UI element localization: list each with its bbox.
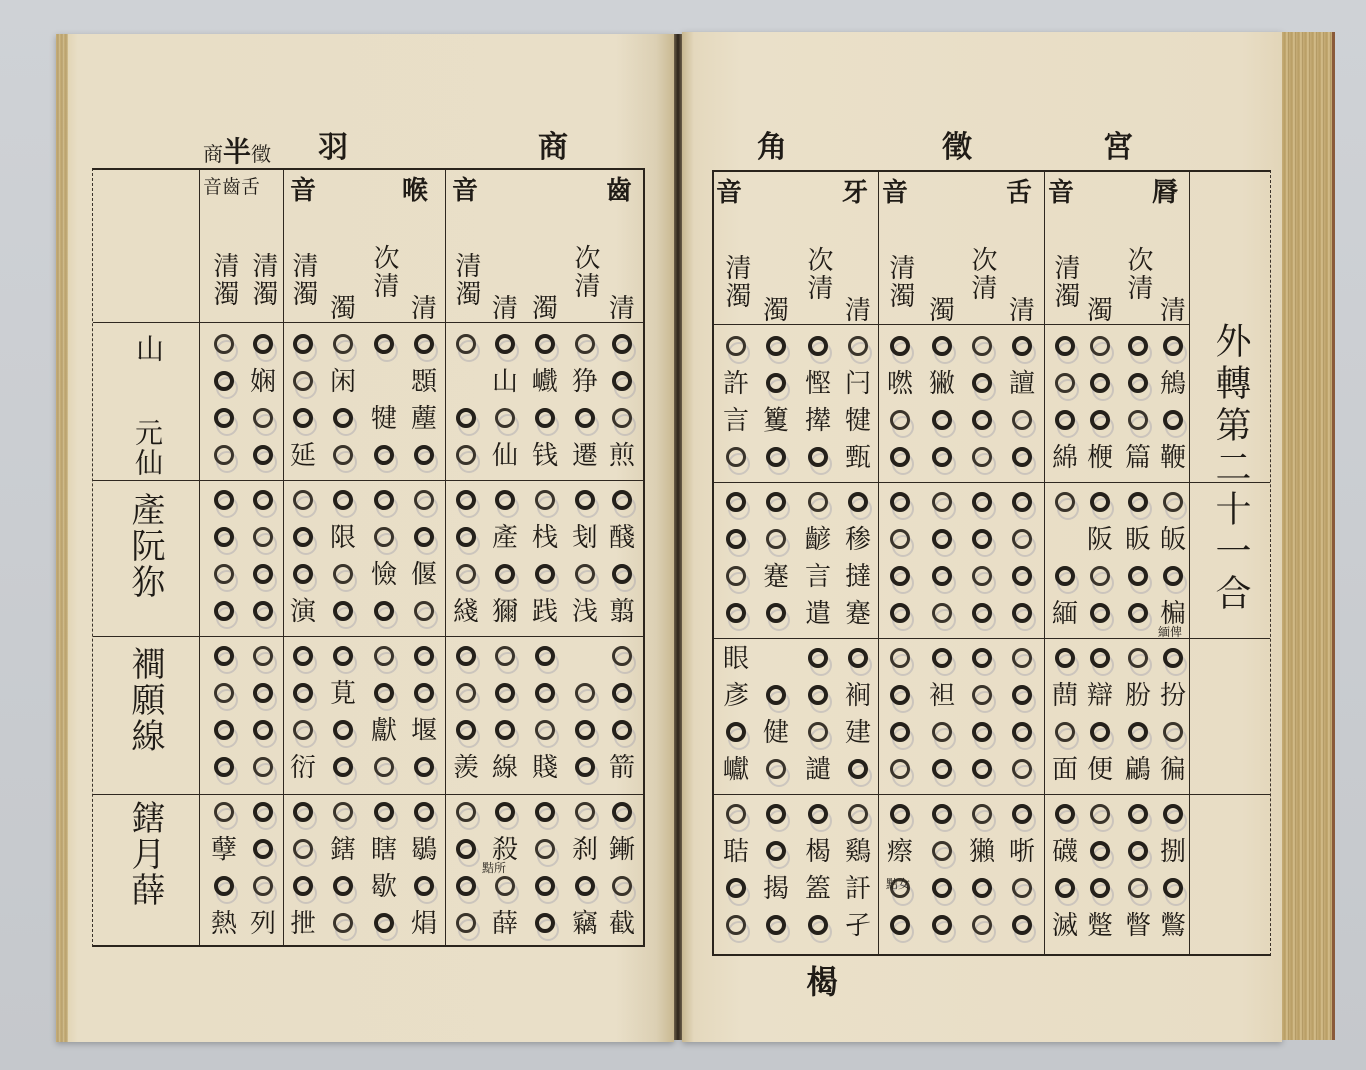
empty-slot-circle bbox=[890, 759, 910, 779]
empty-slot-circle bbox=[1090, 373, 1110, 393]
empty-slot-circle bbox=[414, 527, 434, 547]
rhyme-label-qu: 襇願線 bbox=[128, 646, 162, 754]
rhyme-character: 浅 bbox=[572, 599, 598, 625]
empty-slot-circle bbox=[495, 683, 515, 703]
empty-slot-circle bbox=[1090, 603, 1110, 623]
empty-slot-circle bbox=[972, 878, 992, 898]
rhyme-character: 遷 bbox=[572, 443, 598, 469]
empty-slot-circle bbox=[456, 876, 476, 896]
rhyme-character: 健 bbox=[763, 720, 789, 746]
book-gutter bbox=[674, 34, 682, 1040]
rhyme-character: 孑 bbox=[845, 913, 871, 939]
rhyme-character: 楄 bbox=[1160, 601, 1186, 627]
rhyme-character: 礣 bbox=[1052, 839, 1078, 865]
empty-slot-circle bbox=[575, 876, 595, 896]
empty-slot-circle bbox=[1055, 373, 1075, 393]
initial-label: 清濁 bbox=[290, 252, 316, 308]
rhyme-character: 肦 bbox=[1125, 683, 1151, 709]
empty-slot-circle bbox=[1090, 410, 1110, 430]
empty-slot-circle bbox=[333, 876, 353, 896]
empty-slot-circle bbox=[932, 722, 952, 742]
section-chi: 齒 bbox=[606, 178, 632, 204]
empty-slot-circle bbox=[612, 334, 632, 354]
empty-slot-circle bbox=[766, 336, 786, 356]
rhyme-character: 闩 bbox=[845, 371, 871, 397]
table-title: 外轉第二十一合 bbox=[1212, 322, 1248, 616]
empty-slot-circle bbox=[333, 564, 353, 584]
empty-slot-circle bbox=[456, 720, 476, 740]
empty-slot-circle bbox=[1012, 529, 1032, 549]
rhyme-character: 獺 bbox=[969, 839, 995, 865]
empty-slot-circle bbox=[253, 802, 273, 822]
empty-slot-circle bbox=[1128, 566, 1148, 586]
empty-slot-circle bbox=[726, 878, 746, 898]
rhyme-character: 鶣 bbox=[1125, 757, 1151, 783]
empty-slot-circle bbox=[333, 408, 353, 428]
rhyme-character: 建 bbox=[845, 720, 871, 746]
empty-slot-circle bbox=[890, 447, 910, 467]
rhyme-character: 瞎 bbox=[371, 837, 397, 863]
empty-slot-circle bbox=[848, 492, 868, 512]
rhyme-character: 巇 bbox=[532, 369, 558, 395]
rhyme-character: 鏩 bbox=[609, 837, 635, 863]
empty-slot-circle bbox=[414, 646, 434, 666]
initial-label: 次清 bbox=[805, 246, 831, 302]
empty-slot-circle bbox=[535, 839, 555, 859]
empty-slot-circle bbox=[495, 802, 515, 822]
empty-slot-circle bbox=[1012, 410, 1032, 430]
rhyme-character: 捌 bbox=[1160, 839, 1186, 865]
section-sound-yin: 音 bbox=[452, 178, 478, 204]
rhyme-character: 歇 bbox=[371, 874, 397, 900]
empty-slot-circle bbox=[932, 915, 952, 935]
empty-slot-circle bbox=[1090, 804, 1110, 824]
empty-slot-circle bbox=[253, 683, 273, 703]
empty-slot-circle bbox=[293, 802, 313, 822]
rhyme-character: 蹇 bbox=[845, 601, 871, 627]
rhyme-character: 獻 bbox=[371, 718, 397, 744]
label-gong: 宮 bbox=[1103, 133, 1133, 163]
rhyme-character: 䅟 bbox=[845, 527, 871, 553]
section-hou: 喉 bbox=[402, 178, 428, 204]
rhyme-character: 薼 bbox=[411, 406, 437, 432]
rhyme-character: 袒 bbox=[929, 683, 955, 709]
rhyme-character: 訐 bbox=[845, 876, 871, 902]
empty-slot-circle bbox=[333, 445, 353, 465]
rhyme-character: 綫 bbox=[453, 599, 479, 625]
empty-slot-circle bbox=[456, 913, 476, 933]
initial-label: 濁 bbox=[763, 298, 789, 324]
initial-label: 清濁 bbox=[887, 254, 913, 310]
empty-slot-circle bbox=[612, 564, 632, 584]
empty-slot-circle bbox=[253, 490, 273, 510]
empty-slot-circle bbox=[293, 839, 313, 859]
empty-slot-circle bbox=[414, 876, 434, 896]
empty-slot-circle bbox=[1128, 603, 1148, 623]
empty-slot-circle bbox=[848, 648, 868, 668]
empty-slot-circle bbox=[1012, 336, 1032, 356]
empty-slot-circle bbox=[766, 915, 786, 935]
empty-slot-circle bbox=[414, 757, 434, 777]
empty-slot-circle bbox=[612, 802, 632, 822]
empty-slot-circle bbox=[535, 490, 555, 510]
empty-slot-circle bbox=[253, 408, 273, 428]
empty-slot-circle bbox=[1055, 336, 1075, 356]
rhyme-character: 產 bbox=[492, 525, 518, 551]
divider bbox=[878, 172, 879, 954]
initial-label: 濁 bbox=[929, 298, 955, 324]
empty-slot-circle bbox=[253, 757, 273, 777]
empty-slot-circle bbox=[972, 529, 992, 549]
left-page-edge bbox=[56, 34, 68, 1042]
empty-slot-circle bbox=[1012, 685, 1032, 705]
rhyme-character: 狰 bbox=[572, 369, 598, 395]
rhyme-character: 譠 bbox=[1009, 371, 1035, 397]
rhyme-character: 嘫 bbox=[887, 371, 913, 397]
empty-slot-circle bbox=[766, 447, 786, 467]
empty-slot-circle bbox=[1163, 336, 1183, 356]
rhyme-character: 羨 bbox=[453, 755, 479, 781]
empty-slot-circle bbox=[890, 685, 910, 705]
rhyme-character: 甄 bbox=[845, 445, 871, 471]
empty-slot-circle bbox=[293, 646, 313, 666]
empty-slot-circle bbox=[293, 527, 313, 547]
initial-label: 濁 bbox=[1087, 298, 1113, 324]
rhyme-character: 巘 bbox=[723, 757, 749, 783]
empty-slot-circle bbox=[414, 601, 434, 621]
empty-slot-circle bbox=[808, 492, 828, 512]
empty-slot-circle bbox=[1163, 566, 1183, 586]
empty-slot-circle bbox=[1012, 722, 1032, 742]
empty-slot-circle bbox=[253, 564, 273, 584]
rhyme-character: 蹇 bbox=[763, 564, 789, 590]
empty-slot-circle bbox=[932, 759, 952, 779]
empty-slot-circle bbox=[612, 720, 632, 740]
rhyme-character: 鞭 bbox=[1160, 445, 1186, 471]
initial-label: 濁 bbox=[330, 296, 356, 322]
empty-slot-circle bbox=[1090, 336, 1110, 356]
rhyme-character: 篕 bbox=[805, 876, 831, 902]
empty-slot-circle bbox=[766, 804, 786, 824]
initial-label: 清濁 bbox=[250, 252, 276, 308]
empty-slot-circle bbox=[495, 646, 515, 666]
rhyme-character: 楩 bbox=[1087, 445, 1113, 471]
empty-slot-circle bbox=[612, 646, 632, 666]
divider bbox=[199, 170, 200, 945]
empty-slot-circle bbox=[333, 757, 353, 777]
empty-slot-circle bbox=[1128, 722, 1148, 742]
empty-slot-circle bbox=[766, 492, 786, 512]
empty-slot-circle bbox=[374, 445, 394, 465]
rhyme-character: 山 bbox=[492, 369, 518, 395]
empty-slot-circle bbox=[575, 490, 595, 510]
rhyme-character: 緬 bbox=[1052, 601, 1078, 627]
empty-slot-circle bbox=[293, 334, 313, 354]
empty-slot-circle bbox=[932, 492, 952, 512]
empty-slot-circle bbox=[253, 876, 273, 896]
empty-slot-circle bbox=[1090, 841, 1110, 861]
rhyme-character: 綿 bbox=[1052, 445, 1078, 471]
empty-slot-circle bbox=[456, 490, 476, 510]
rhyme-character: 揭 bbox=[763, 876, 789, 902]
rhyme-character: 薛 bbox=[492, 911, 518, 937]
empty-slot-circle bbox=[414, 490, 434, 510]
rhyme-character: 言 bbox=[723, 408, 749, 434]
empty-slot-circle bbox=[726, 447, 746, 467]
empty-slot-circle bbox=[333, 802, 353, 822]
rhyme-character: 許 bbox=[723, 371, 749, 397]
empty-slot-circle bbox=[414, 445, 434, 465]
empty-slot-circle bbox=[214, 646, 234, 666]
rhyme-character: 阪 bbox=[1087, 527, 1113, 553]
empty-slot-circle bbox=[333, 490, 353, 510]
empty-slot-circle bbox=[293, 876, 313, 896]
rhyme-character: 賤 bbox=[532, 755, 558, 781]
rhyme-character: 鶡 bbox=[411, 837, 437, 863]
empty-slot-circle bbox=[253, 839, 273, 859]
divider bbox=[714, 482, 1270, 483]
rhyme-character: 限 bbox=[330, 525, 356, 551]
rhyme-character: 辯 bbox=[1087, 683, 1113, 709]
rhyme-character: 践 bbox=[532, 599, 558, 625]
rhyme-character: 撻 bbox=[845, 564, 871, 590]
empty-slot-circle bbox=[1090, 878, 1110, 898]
rhyme-character: 列 bbox=[250, 911, 276, 937]
section-sound-yin: 音 bbox=[290, 178, 316, 204]
empty-slot-circle bbox=[726, 722, 746, 742]
empty-slot-circle bbox=[890, 603, 910, 623]
rhyme-character: 翦 bbox=[609, 599, 635, 625]
rhyme-character: 眼 bbox=[723, 646, 749, 672]
empty-slot-circle bbox=[890, 804, 910, 824]
section-chun: 脣 bbox=[1152, 180, 1178, 206]
rhyme-character: 栈 bbox=[532, 525, 558, 551]
empty-slot-circle bbox=[495, 876, 515, 896]
empty-slot-circle bbox=[932, 804, 952, 824]
empty-slot-circle bbox=[1055, 804, 1075, 824]
empty-slot-circle bbox=[808, 336, 828, 356]
empty-slot-circle bbox=[1012, 603, 1032, 623]
empty-slot-circle bbox=[293, 371, 313, 391]
empty-slot-circle bbox=[214, 564, 234, 584]
empty-slot-circle bbox=[535, 720, 555, 740]
empty-slot-circle bbox=[456, 839, 476, 859]
rhyme-character: 哳 bbox=[1009, 839, 1035, 865]
empty-slot-circle bbox=[1128, 492, 1148, 512]
rhyme-character: 篇 bbox=[1125, 445, 1151, 471]
rhyme-character: 仙 bbox=[492, 443, 518, 469]
empty-slot-circle bbox=[972, 804, 992, 824]
rhyme-label-shang: 產阮狝 bbox=[128, 492, 162, 600]
rhyme-character: 孽 bbox=[211, 837, 237, 863]
empty-slot-circle bbox=[972, 566, 992, 586]
rhyme-character: 殺 bbox=[492, 837, 518, 863]
empty-slot-circle bbox=[1055, 566, 1075, 586]
empty-slot-circle bbox=[808, 915, 828, 935]
rhyme-character: 犍 bbox=[371, 406, 397, 432]
empty-slot-circle bbox=[1128, 336, 1148, 356]
empty-slot-circle bbox=[972, 648, 992, 668]
rhyme-character: 遣 bbox=[805, 601, 831, 627]
empty-slot-circle bbox=[808, 447, 828, 467]
empty-slot-circle bbox=[972, 722, 992, 742]
rhyme-character: 言 bbox=[805, 564, 831, 590]
divider bbox=[445, 170, 446, 945]
empty-slot-circle bbox=[1128, 373, 1148, 393]
empty-slot-circle bbox=[456, 646, 476, 666]
empty-slot-circle bbox=[214, 371, 234, 391]
empty-slot-circle bbox=[932, 410, 952, 430]
divider bbox=[93, 480, 643, 481]
empty-slot-circle bbox=[890, 648, 910, 668]
empty-slot-circle bbox=[414, 683, 434, 703]
empty-slot-circle bbox=[972, 410, 992, 430]
empty-slot-circle bbox=[214, 408, 234, 428]
empty-slot-circle bbox=[293, 564, 313, 584]
divider bbox=[1189, 172, 1190, 954]
empty-slot-circle bbox=[612, 408, 632, 428]
rhyme-character: 皈 bbox=[1160, 527, 1186, 553]
rhyme-character: 扮 bbox=[1160, 683, 1186, 709]
rhyme-character: 獙 bbox=[929, 371, 955, 397]
empty-slot-circle bbox=[766, 759, 786, 779]
rhyme-character: 鎋 bbox=[330, 837, 356, 863]
empty-slot-circle bbox=[253, 601, 273, 621]
rhyme-character: 刹 bbox=[572, 837, 598, 863]
empty-slot-circle bbox=[1128, 648, 1148, 668]
rhyme-character: 堰 bbox=[411, 718, 437, 744]
divider bbox=[1044, 172, 1045, 954]
empty-slot-circle bbox=[766, 373, 786, 393]
rhyme-character: 醆 bbox=[609, 525, 635, 551]
empty-slot-circle bbox=[890, 566, 910, 586]
rhyme-character: 線 bbox=[492, 755, 518, 781]
empty-slot-circle bbox=[253, 720, 273, 740]
annotation-small: 黠所 bbox=[482, 862, 506, 874]
empty-slot-circle bbox=[293, 683, 313, 703]
empty-slot-circle bbox=[333, 334, 353, 354]
empty-slot-circle bbox=[1055, 722, 1075, 742]
rhyme-character: 延 bbox=[290, 443, 316, 469]
empty-slot-circle bbox=[333, 646, 353, 666]
empty-slot-circle bbox=[1163, 648, 1183, 668]
empty-slot-circle bbox=[374, 913, 394, 933]
empty-slot-circle bbox=[374, 646, 394, 666]
empty-slot-circle bbox=[932, 529, 952, 549]
rhyme-character: 煎 bbox=[609, 443, 635, 469]
divider bbox=[93, 322, 643, 323]
rhyme-character: 鷄 bbox=[845, 839, 871, 865]
empty-slot-circle bbox=[1055, 410, 1075, 430]
empty-slot-circle bbox=[1128, 410, 1148, 430]
empty-slot-circle bbox=[535, 646, 555, 666]
empty-slot-circle bbox=[253, 527, 273, 547]
empty-slot-circle bbox=[253, 646, 273, 666]
initial-label: 清 bbox=[609, 296, 635, 322]
empty-slot-circle bbox=[495, 408, 515, 428]
rhyme-character: 焆 bbox=[411, 911, 437, 937]
empty-slot-circle bbox=[495, 720, 515, 740]
empty-slot-circle bbox=[972, 915, 992, 935]
empty-slot-circle bbox=[1055, 492, 1075, 512]
rhyme-character: 蹩 bbox=[1087, 913, 1113, 939]
section-sound-yin: 音 bbox=[882, 180, 908, 206]
empty-slot-circle bbox=[214, 445, 234, 465]
empty-slot-circle bbox=[1128, 841, 1148, 861]
empty-slot-circle bbox=[214, 490, 234, 510]
rhyme-character: 顋 bbox=[411, 369, 437, 395]
section-sound-yin: 音 bbox=[1048, 180, 1074, 206]
divider bbox=[714, 638, 1270, 639]
fore-edge-pages bbox=[1282, 32, 1335, 1040]
empty-slot-circle bbox=[612, 490, 632, 510]
empty-slot-circle bbox=[890, 410, 910, 430]
empty-slot-circle bbox=[808, 648, 828, 668]
rhyme-character: 莧 bbox=[330, 681, 356, 707]
empty-slot-circle bbox=[214, 683, 234, 703]
empty-slot-circle bbox=[1012, 566, 1032, 586]
empty-slot-circle bbox=[848, 336, 868, 356]
empty-slot-circle bbox=[374, 802, 394, 822]
rhyme-character: 撵 bbox=[805, 408, 831, 434]
empty-slot-circle bbox=[612, 371, 632, 391]
rhyme-character: 聐 bbox=[723, 839, 749, 865]
empty-slot-circle bbox=[1090, 566, 1110, 586]
empty-slot-circle bbox=[1128, 804, 1148, 824]
rhyme-label-ru: 鎋月薛 bbox=[128, 800, 162, 908]
footnote-char: 楬 bbox=[806, 966, 838, 998]
empty-slot-circle bbox=[1055, 878, 1075, 898]
label-shang: 商 bbox=[538, 133, 568, 163]
empty-slot-circle bbox=[253, 334, 273, 354]
empty-slot-circle bbox=[1090, 648, 1110, 668]
empty-slot-circle bbox=[456, 564, 476, 584]
empty-slot-circle bbox=[1163, 410, 1183, 430]
empty-slot-circle bbox=[612, 876, 632, 896]
empty-slot-circle bbox=[575, 408, 595, 428]
empty-slot-circle bbox=[1090, 492, 1110, 512]
empty-slot-circle bbox=[535, 683, 555, 703]
section-sound-yin: 音 bbox=[716, 180, 742, 206]
rhyme-character: 彥 bbox=[723, 683, 749, 709]
rhyme-character: 衍 bbox=[290, 755, 316, 781]
empty-slot-circle bbox=[726, 529, 746, 549]
empty-slot-circle bbox=[1012, 759, 1032, 779]
annotation-small: 緬俾 bbox=[1158, 626, 1182, 638]
empty-slot-circle bbox=[972, 492, 992, 512]
rhyme-character: 箭 bbox=[609, 755, 635, 781]
empty-slot-circle bbox=[535, 876, 555, 896]
empty-slot-circle bbox=[214, 334, 234, 354]
rhyme-character: 徧 bbox=[1160, 757, 1186, 783]
empty-slot-circle bbox=[726, 603, 746, 623]
empty-slot-circle bbox=[890, 492, 910, 512]
empty-slot-circle bbox=[890, 915, 910, 935]
empty-slot-circle bbox=[808, 722, 828, 742]
empty-slot-circle bbox=[374, 527, 394, 547]
empty-slot-circle bbox=[932, 447, 952, 467]
empty-slot-circle bbox=[374, 601, 394, 621]
initial-label: 清濁 bbox=[211, 252, 237, 308]
rhyme-character: 眅 bbox=[1125, 527, 1151, 553]
initial-label: 清濁 bbox=[453, 252, 479, 308]
empty-slot-circle bbox=[1090, 722, 1110, 742]
empty-slot-circle bbox=[535, 564, 555, 584]
empty-slot-circle bbox=[766, 685, 786, 705]
empty-slot-circle bbox=[456, 334, 476, 354]
rhyme-character: 慳 bbox=[805, 371, 831, 397]
empty-slot-circle bbox=[293, 408, 313, 428]
